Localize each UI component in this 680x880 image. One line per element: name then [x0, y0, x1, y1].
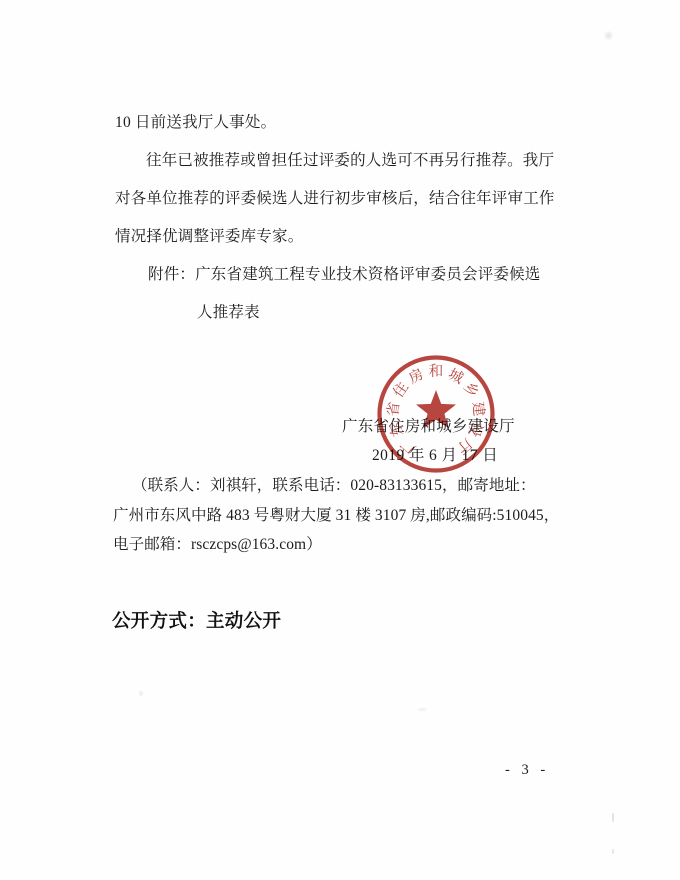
svg-text:东: 东 [386, 419, 407, 439]
body-line: 往年已被推荐或曾担任过评委的人选可不再另行推荐。我厅 [115, 142, 551, 180]
scan-speck [612, 849, 614, 854]
contact-line: 广州市东风中路 483 号粤财大厦 31 楼 3107 房,邮政编码:51004… [113, 501, 593, 531]
scan-speck [418, 708, 427, 711]
red-star-icon [416, 390, 456, 428]
svg-text:住: 住 [390, 379, 413, 401]
body-line: 对各单位推荐的评委候选人进行初步审核后，结合往年评审工作 [115, 180, 551, 218]
body-text-block: 10 日前送我厅人事处。 往年已被推荐或曾担任过评委的人选可不再另行推荐。我厅 … [115, 104, 551, 332]
attachment-line: 附件：广东省建筑工程专业技术资格评审委员会评委候选 [115, 256, 551, 294]
body-line: 情况择优调整评委库专家。 [115, 218, 551, 256]
scan-speck [605, 32, 612, 39]
contact-line: （联系人：刘祺轩，联系电话：020-83133615，邮寄地址： [113, 471, 593, 501]
scanned-document-page: 10 日前送我厅人事处。 往年已被推荐或曾担任过评委的人选可不再另行推荐。我厅 … [0, 0, 680, 880]
official-red-seal: 广东省住房和城乡建设厅 [370, 348, 505, 483]
scan-speck [612, 813, 614, 822]
contact-line: 电子邮箱：rsczcps@163.com） [113, 530, 593, 560]
page-number: - 3 - [505, 762, 549, 779]
svg-text:房: 房 [406, 366, 427, 388]
body-line: 10 日前送我厅人事处。 [115, 104, 551, 142]
svg-text:省: 省 [385, 400, 404, 417]
contact-info-block: （联系人：刘祺轩，联系电话：020-83133615，邮寄地址： 广州市东风中路… [113, 471, 593, 560]
disclosure-method-line: 公开方式：主动公开 [112, 607, 281, 633]
svg-text:广: 广 [397, 435, 419, 457]
svg-text:设: 设 [465, 420, 486, 440]
attachment-line: 人推荐表 [115, 294, 551, 332]
svg-text:和: 和 [429, 363, 444, 380]
svg-text:厅: 厅 [453, 435, 475, 457]
svg-text:建: 建 [469, 401, 488, 418]
svg-text:乡: 乡 [460, 379, 482, 401]
scan-speck [139, 691, 143, 696]
svg-text:城: 城 [445, 366, 466, 388]
